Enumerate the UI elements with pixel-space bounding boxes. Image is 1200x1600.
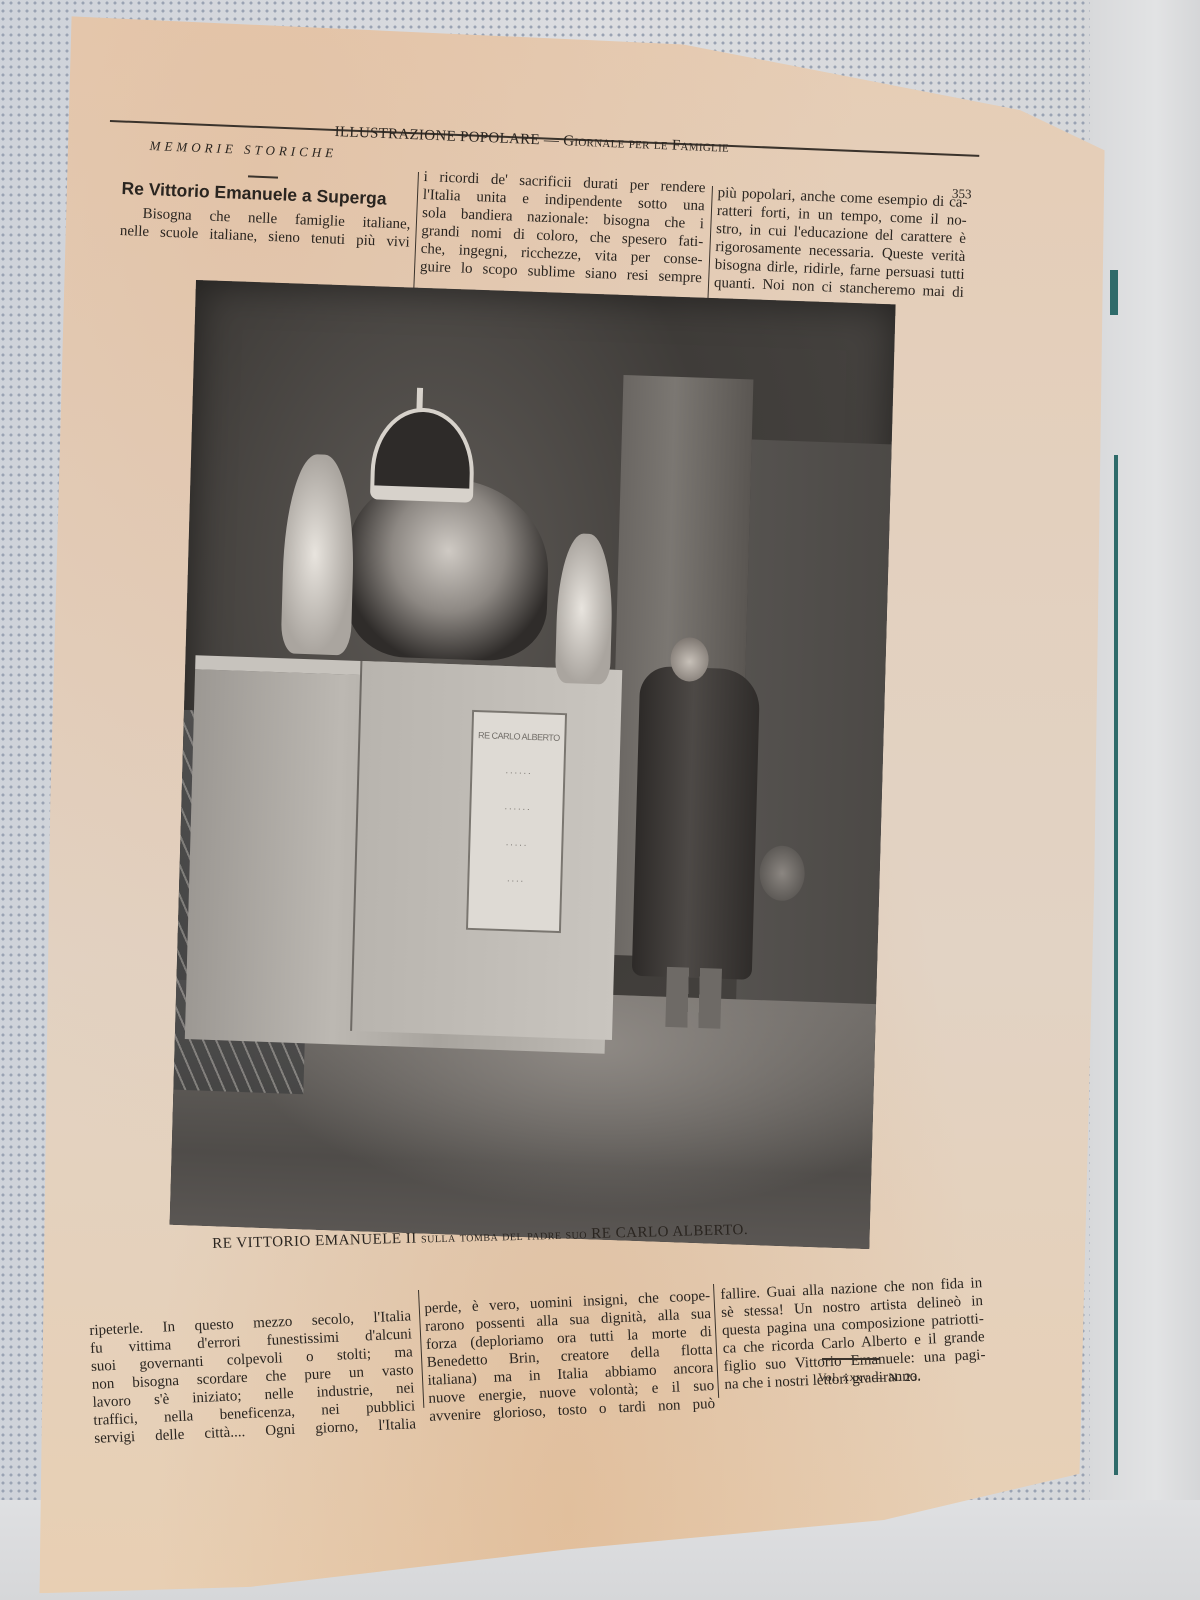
page-content: ILLUSTRAZIONE POPOLARE — Giornale per le… <box>0 0 1200 1600</box>
publication-subtitle: Giornale per le Famiglie <box>563 133 729 156</box>
volume-issue: Vol. xxxv — N. 23. <box>818 1370 921 1385</box>
article-end-rule <box>822 1358 880 1360</box>
column-rule <box>707 186 713 302</box>
section-kicker: MEMORIE STORICHE <box>149 138 337 162</box>
caption-name: RE VITTORIO EMANUELE II <box>212 1231 417 1252</box>
masthead: ILLUSTRAZIONE POPOLARE — Giornale per le… <box>334 124 729 157</box>
urn-left <box>281 453 357 655</box>
royal-crown <box>370 406 476 503</box>
caption-middle: sulla tomba del padre suo <box>421 1227 587 1246</box>
masthead-separator: — <box>544 132 560 149</box>
kicker-rule <box>248 175 278 178</box>
plaque-line: · · · · · · <box>505 767 530 778</box>
top-column-3: più popolari, anche come esempio di ca- … <box>714 184 968 302</box>
wreath-drapery <box>346 476 551 663</box>
publication-title: ILLUSTRAZIONE POPOLARE <box>334 124 540 148</box>
bottom-column-1: ripeterle. In questo mezzo secolo, l'Ita… <box>89 1307 416 1447</box>
top-column-2: i ricordi de' sacrificii durati per rend… <box>420 168 706 287</box>
plaque-line: · · · · · · <box>504 803 529 814</box>
plaque-line: RE CARLO ALBERTO <box>478 730 560 743</box>
bottom-column-2: perde, è vero, uomini insigni, che coope… <box>424 1287 715 1426</box>
engraving-illustration: RE CARLO ALBERTO · · · · · · · · · · · ·… <box>170 280 896 1249</box>
mourning-man-coat <box>632 666 761 980</box>
urn-right <box>555 533 614 685</box>
column-rule <box>413 172 419 290</box>
top-column-1: Bisogna che nelle famiglie italiane, nel… <box>120 204 411 252</box>
caption-end: RE CARLO ALBERTO. <box>591 1222 748 1242</box>
tomb-plaque: RE CARLO ALBERTO · · · · · · · · · · · ·… <box>466 710 567 933</box>
mourning-man-boots <box>665 967 722 1029</box>
crypt-wall <box>736 439 892 1004</box>
crown-cross <box>416 388 423 410</box>
plaque-line: · · · · · <box>505 839 526 850</box>
plaque-line: · · · · <box>507 875 523 886</box>
